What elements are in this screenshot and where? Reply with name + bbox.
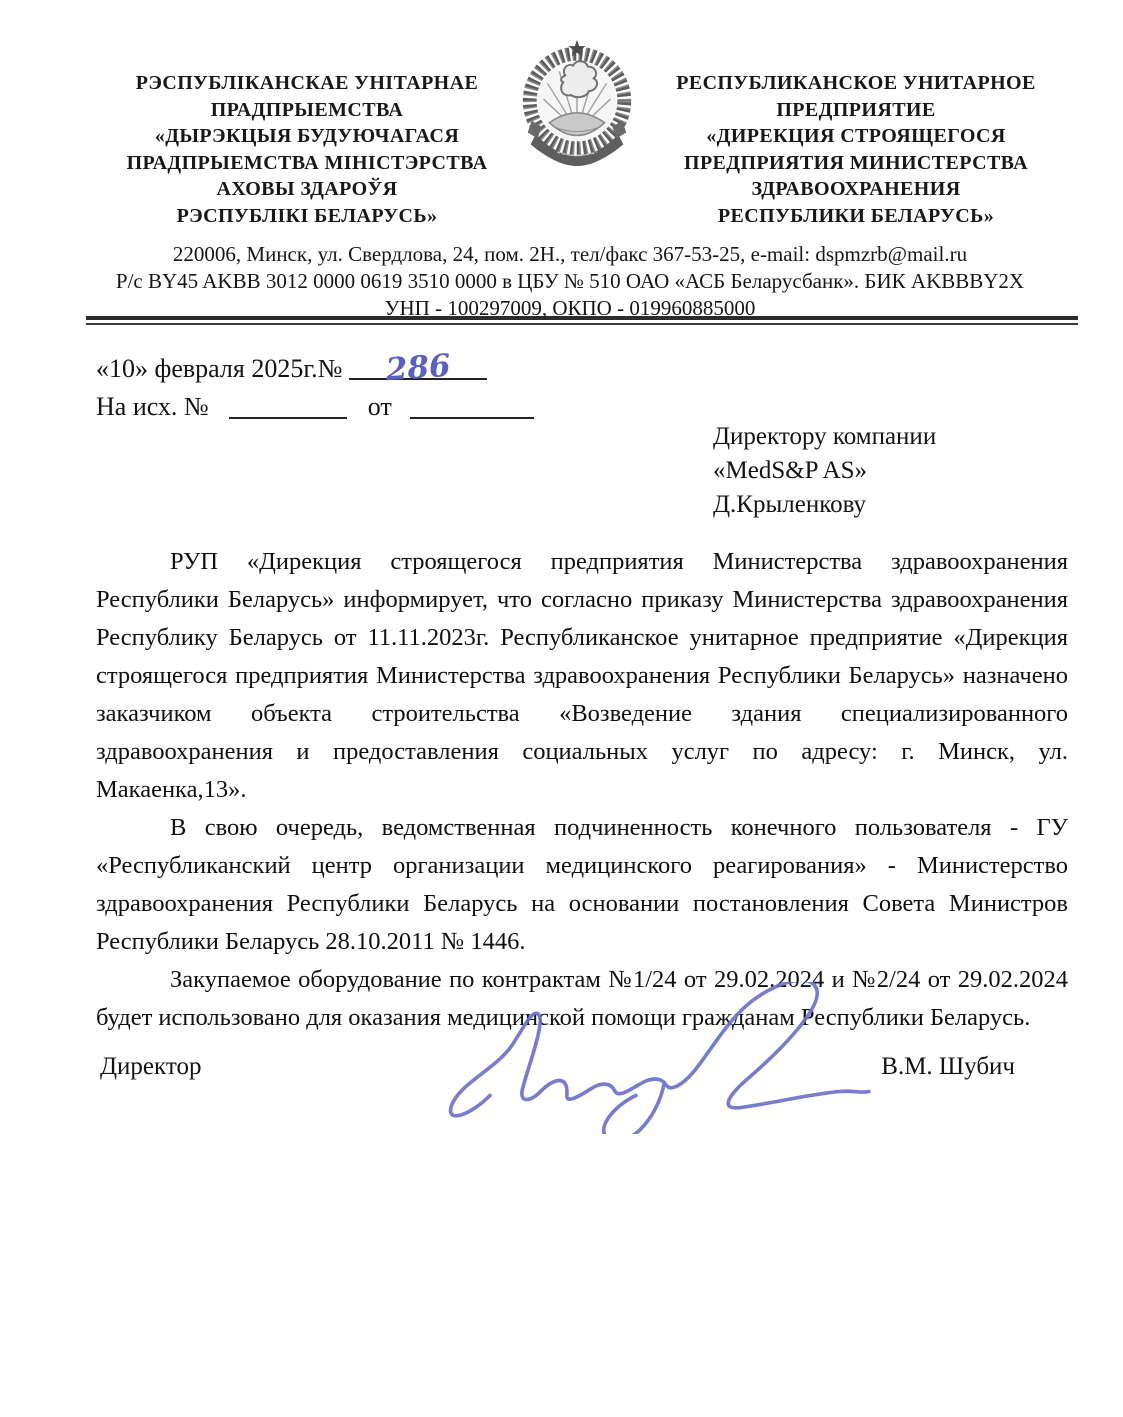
org-line: ПРАДПРЫЕМСТВА МІНІСТЭРСТВА [97,150,517,177]
org-line: ПРАДПРЫЕМСТВА [97,97,517,124]
contact-block: 220006, Минск, ул. Свердлова, 24, пом. 2… [75,241,1065,322]
org-name-belarusian: РЭСПУБЛІКАНСКАЕ УНІТАРНАЕ ПРАДПРЫЕМСТВА … [97,70,517,229]
reference-block: «10» февраля 2025г.№ 286 На исх. № от [96,350,534,426]
recipient-person: Д.Крыленкову [713,488,936,522]
signature-row: Директор В.М. Шубич [100,1053,1015,1081]
date-prefix: «10» февраля 2025г.№ [96,354,342,383]
incoming-date-blank [410,391,534,419]
recipient-block: Директору компании «MedS&P AS» Д.Крыленк… [713,420,936,522]
belarus-coat-of-arms-icon [516,38,638,168]
letter-body: РУП «Дирекция строящегося предприятия Ми… [96,543,1068,1037]
recipient-title: Директору компании [713,420,936,454]
org-line: ПРЕДПРИЯТИЯ МИНИСТЕРСТВА [648,150,1064,177]
handwritten-doc-number: 286 [384,347,451,389]
org-line: «ДИРЕКЦИЯ СТРОЯЩЕГОСЯ [648,123,1064,150]
paragraph: В свою очередь, ведомственная подчиненно… [96,809,1068,961]
contact-address-line: 220006, Минск, ул. Свердлова, 24, пом. 2… [75,241,1065,268]
org-line: РЕСПУБЛИКИ БЕЛАРУСЬ» [648,203,1064,230]
paragraph: РУП «Дирекция строящегося предприятия Ми… [96,543,1068,809]
org-line: РЭСПУБЛІКАНСКАЕ УНІТАРНАЕ [97,70,517,97]
signer-name: В.М. Шубич [881,1053,1015,1081]
incoming-label: На исх. № [96,392,209,421]
org-line: РЭСПУБЛІКІ БЕЛАРУСЬ» [97,203,517,230]
header-divider [86,316,1078,325]
doc-number-blank: 286 [349,352,487,380]
from-label: от [368,392,392,421]
org-line: ПРЕДПРИЯТИЕ [648,97,1064,124]
org-line: ЗДРАВООХРАНЕНИЯ [648,176,1064,203]
date-number-line: «10» февраля 2025г.№ 286 [96,350,534,388]
org-line: РЕСПУБЛИКАНСКОЕ УНИТАРНОЕ [648,70,1064,97]
contact-bank-line: Р/с BY45 AKBB 3012 0000 0619 3510 0000 в… [75,268,1065,295]
org-line: АХОВЫ ЗДАРОЎЯ [97,176,517,203]
incoming-line: На исх. № от [96,388,534,426]
signer-title: Директор [100,1053,201,1081]
org-name-russian: РЕСПУБЛИКАНСКОЕ УНИТАРНОЕ ПРЕДПРИЯТИЕ «Д… [648,70,1064,229]
incoming-number-blank [229,391,347,419]
recipient-company: «MedS&P AS» [713,454,936,488]
org-line: «ДЫРЭКЦЫЯ БУДУЮЧАГАСЯ [97,123,517,150]
